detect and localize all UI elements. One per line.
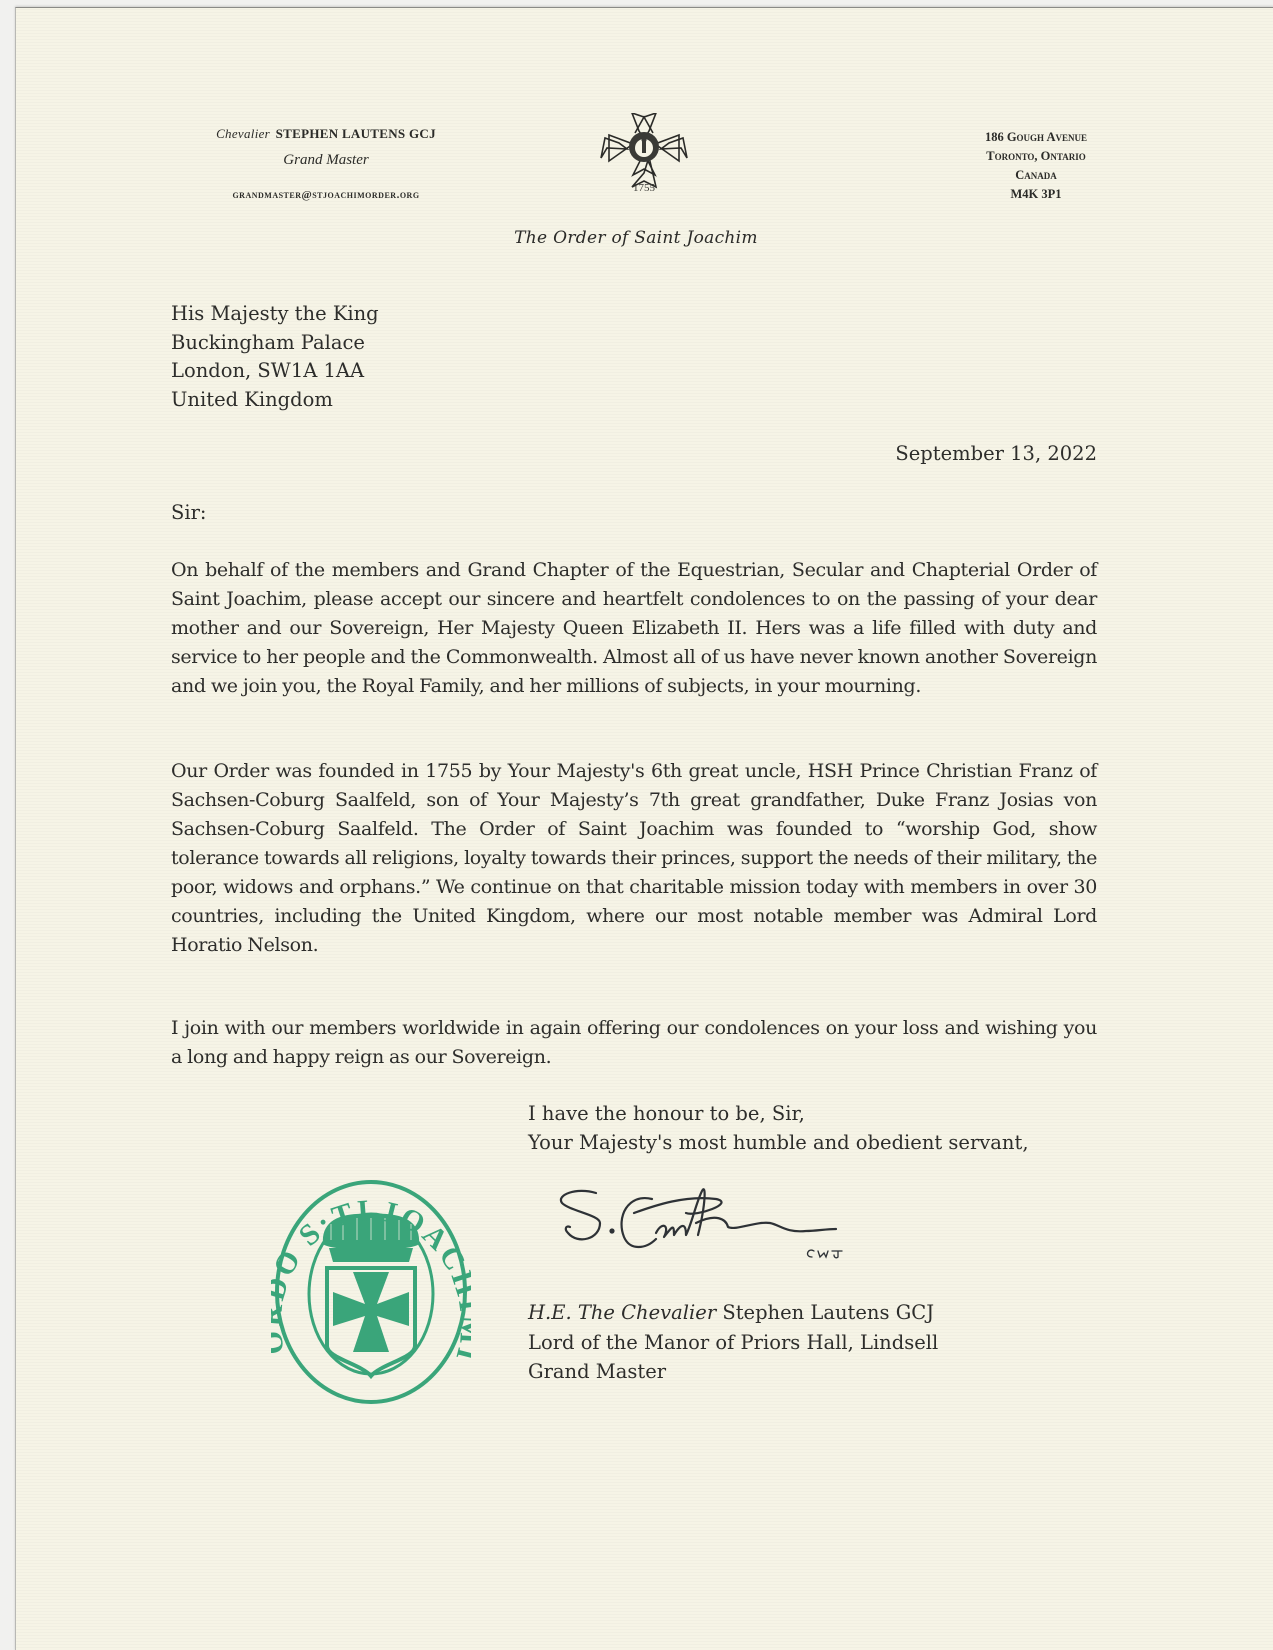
sender-name-line: Chevalier STEPHEN LAUTENS GCJ	[176, 126, 476, 142]
closing-line-1: I have the honour to be, Sir,	[528, 1099, 1029, 1128]
signature-block: H.E. The Chevalier Stephen Lautens GCJ L…	[528, 1298, 938, 1387]
recipient-line: His Majesty the King	[171, 300, 379, 329]
order-name: The Order of Saint Joachim	[486, 228, 786, 248]
letterhead-sender: Chevalier STEPHEN LAUTENS GCJ Grand Mast…	[176, 126, 476, 201]
address-line: M4K 3P1	[896, 185, 1116, 204]
signatory-line-2: Lord of the Manor of Priors Hall, Lindse…	[528, 1328, 938, 1358]
signatory-name-line: H.E. The Chevalier Stephen Lautens GCJ	[528, 1298, 938, 1328]
letter-date: September 13, 2022	[836, 442, 1097, 465]
paragraph-closing: I join with our members worldwide in aga…	[171, 1014, 1097, 1072]
recipient-line: Buckingham Palace	[171, 329, 379, 358]
letterhead-address: 186 Gough Avenue Toronto, Ontario Canada…	[896, 128, 1116, 204]
sender-prefix: Chevalier	[216, 126, 270, 141]
address-line: Canada	[896, 166, 1116, 185]
paragraph-condolences: On behalf of the members and Grand Chapt…	[171, 556, 1097, 701]
salutation: Sir:	[171, 501, 207, 524]
paragraph-history: Our Order was founded in 1755 by Your Ma…	[171, 757, 1097, 960]
crest-year: 1755	[619, 182, 669, 194]
address-line: Toronto, Ontario	[896, 147, 1116, 166]
recipient-address: His Majesty the King Buckingham Palace L…	[171, 300, 379, 414]
complimentary-close: I have the honour to be, Sir, Your Majes…	[528, 1099, 1029, 1157]
recipient-line: United Kingdom	[171, 386, 379, 415]
order-seal-stamp-icon: ORDO S:TI IOACHIMI	[271, 1176, 471, 1408]
signatory-name: Stephen Lautens GCJ	[722, 1301, 934, 1324]
sender-title: Grand Master	[176, 152, 476, 169]
closing-line-2: Your Majesty's most humble and obedient …	[528, 1128, 1029, 1157]
sender-email: GRANDMASTER@STJOACHIMORDER.ORG	[176, 189, 476, 201]
signatory-honorific: H.E. The Chevalier	[528, 1301, 716, 1324]
recipient-line: London, SW1A 1AA	[171, 357, 379, 386]
letter-page: Chevalier STEPHEN LAUTENS GCJ Grand Mast…	[15, 7, 1273, 1650]
sender-name: STEPHEN LAUTENS GCJ	[276, 126, 436, 141]
handwritten-signature-icon	[556, 1183, 956, 1273]
signatory-line-3: Grand Master	[528, 1357, 938, 1387]
address-line: 186 Gough Avenue	[896, 128, 1116, 147]
